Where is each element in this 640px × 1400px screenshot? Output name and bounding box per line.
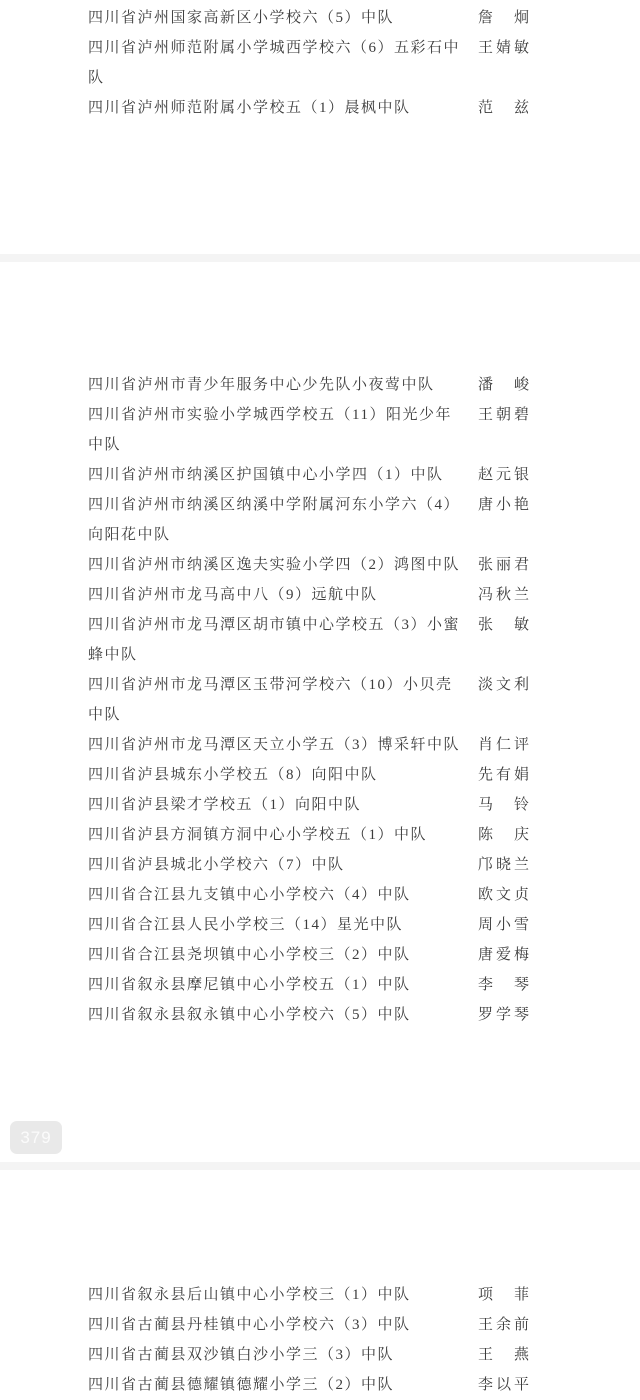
unit-name-text: 四川省泸县城北小学校六（7）中队 xyxy=(88,850,466,880)
unit-name-text: 四川省泸州师范附属小学校五（1）晨枫中队 xyxy=(88,93,466,123)
unit-name-text: 四川省泸州市龙马高中八（9）远航中队 xyxy=(88,580,466,610)
unit-name-text: 四川省叙永县叙永镇中心小学校六（5）中队 xyxy=(88,1000,466,1030)
award-list-row: 四川省泸州市龙马高中八（9）远航中队冯秋兰 xyxy=(0,580,640,610)
counselor-name-text: 詹 炯 xyxy=(478,3,536,33)
award-list-row: 四川省叙永县后山镇中心小学校三（1）中队项 菲 xyxy=(0,1280,640,1310)
unit-name-text: 四川省古蔺县德耀镇德耀小学三（2）中队 xyxy=(88,1370,466,1400)
document-page-middle: 四川省泸州市青少年服务中心少先队小夜莺中队潘 峻四川省泸州市实验小学城西学校五（… xyxy=(0,262,640,1162)
award-list-row: 四川省合江县九支镇中心小学校六（4）中队欧文贞 xyxy=(0,880,640,910)
counselor-name-text: 赵元银 xyxy=(478,460,536,490)
counselor-name-text: 王朝碧 xyxy=(478,400,536,430)
unit-name-text: 四川省泸州市龙马潭区玉带河学校六（10）小贝壳中队 xyxy=(88,670,466,730)
unit-name-text: 四川省泸州国家高新区小学校六（5）中队 xyxy=(88,3,466,33)
counselor-name-text: 张丽君 xyxy=(478,550,536,580)
unit-name-text: 四川省泸县城东小学校五（8）向阳中队 xyxy=(88,760,466,790)
counselor-name-text: 张 敏 xyxy=(478,610,536,640)
unit-name-text: 四川省泸州市青少年服务中心少先队小夜莺中队 xyxy=(88,370,466,400)
award-list-row: 四川省泸州师范附属小学校五（1）晨枫中队范 兹 xyxy=(0,93,640,123)
award-list-row: 四川省合江县人民小学校三（14）星光中队周小雪 xyxy=(0,910,640,940)
unit-name-text: 四川省泸县方洞镇方洞中心小学校五（1）中队 xyxy=(88,820,466,850)
unit-name-text: 四川省叙永县摩尼镇中心小学校五（1）中队 xyxy=(88,970,466,1000)
counselor-name-text: 欧文贞 xyxy=(478,880,536,910)
award-list-top: 四川省泸州国家高新区小学校六（5）中队詹 炯四川省泸州师范附属小学城西学校六（6… xyxy=(0,3,640,123)
unit-name-text: 四川省合江县九支镇中心小学校六（4）中队 xyxy=(88,880,466,910)
unit-name-text: 四川省泸州市纳溪区纳溪中学附属河东小学六（4）向阳花中队 xyxy=(88,490,466,550)
award-list-row: 四川省古蔺县德耀镇德耀小学三（2）中队李以平 xyxy=(0,1370,640,1400)
counselor-name-text: 邝晓兰 xyxy=(478,850,536,880)
award-list-row: 四川省叙永县摩尼镇中心小学校五（1）中队李 琴 xyxy=(0,970,640,1000)
unit-name-text: 四川省合江县尧坝镇中心小学校三（2）中队 xyxy=(88,940,466,970)
award-list-row: 四川省泸县城北小学校六（7）中队邝晓兰 xyxy=(0,850,640,880)
counselor-name-text: 周小雪 xyxy=(478,910,536,940)
document-viewer: 四川省泸州国家高新区小学校六（5）中队詹 炯四川省泸州师范附属小学城西学校六（6… xyxy=(0,0,640,1400)
counselor-name-text: 冯秋兰 xyxy=(478,580,536,610)
unit-name-text: 四川省古蔺县丹桂镇中心小学校六（3）中队 xyxy=(88,1310,466,1340)
counselor-name-text: 李 琴 xyxy=(478,970,536,1000)
page-separator-top xyxy=(0,254,640,262)
award-list-row: 四川省泸州师范附属小学城西学校六（6）五彩石中队王婧敏 xyxy=(0,33,640,93)
counselor-name-text: 肖仁评 xyxy=(478,730,536,760)
unit-name-text: 四川省泸州市实验小学城西学校五（11）阳光少年中队 xyxy=(88,400,466,460)
award-list-row: 四川省泸州国家高新区小学校六（5）中队詹 炯 xyxy=(0,3,640,33)
unit-name-text: 四川省泸州市龙马潭区天立小学五（3）博采轩中队 xyxy=(88,730,466,760)
unit-name-text: 四川省古蔺县双沙镇白沙小学三（3）中队 xyxy=(88,1340,466,1370)
counselor-name-text: 陈 庆 xyxy=(478,820,536,850)
counselor-name-text: 唐小艳 xyxy=(478,490,536,520)
award-list-row: 四川省叙永县叙永镇中心小学校六（5）中队罗学琴 xyxy=(0,1000,640,1030)
page-separator-bottom xyxy=(0,1162,640,1170)
counselor-name-text: 范 兹 xyxy=(478,93,536,123)
unit-name-text: 四川省泸州师范附属小学城西学校六（6）五彩石中队 xyxy=(88,33,466,93)
award-list-middle: 四川省泸州市青少年服务中心少先队小夜莺中队潘 峻四川省泸州市实验小学城西学校五（… xyxy=(0,370,640,1030)
award-list-row: 四川省泸州市青少年服务中心少先队小夜莺中队潘 峻 xyxy=(0,370,640,400)
document-page-top: 四川省泸州国家高新区小学校六（5）中队詹 炯四川省泸州师范附属小学城西学校六（6… xyxy=(0,0,640,254)
award-list-row: 四川省泸县城东小学校五（8）向阳中队先有娟 xyxy=(0,760,640,790)
unit-name-text: 四川省泸州市龙马潭区胡市镇中心学校五（3）小蜜蜂中队 xyxy=(88,610,466,670)
counselor-name-text: 王婧敏 xyxy=(478,33,536,63)
award-list-row: 四川省泸州市纳溪区纳溪中学附属河东小学六（4）向阳花中队唐小艳 xyxy=(0,490,640,550)
counselor-name-text: 淡文利 xyxy=(478,670,536,700)
award-list-row: 四川省泸县方洞镇方洞中心小学校五（1）中队陈 庆 xyxy=(0,820,640,850)
award-list-row: 四川省古蔺县双沙镇白沙小学三（3）中队王 燕 xyxy=(0,1340,640,1370)
unit-name-text: 四川省叙永县后山镇中心小学校三（1）中队 xyxy=(88,1280,466,1310)
counselor-name-text: 项 菲 xyxy=(478,1280,536,1310)
counselor-name-text: 罗学琴 xyxy=(478,1000,536,1030)
award-list-row: 四川省泸州市实验小学城西学校五（11）阳光少年中队王朝碧 xyxy=(0,400,640,460)
counselor-name-text: 先有娟 xyxy=(478,760,536,790)
award-list-row: 四川省泸州市纳溪区护国镇中心小学四（1）中队赵元银 xyxy=(0,460,640,490)
award-list-row: 四川省泸州市纳溪区逸夫实验小学四（2）鸿图中队张丽君 xyxy=(0,550,640,580)
unit-name-text: 四川省泸州市纳溪区逸夫实验小学四（2）鸿图中队 xyxy=(88,550,466,580)
counselor-name-text: 潘 峻 xyxy=(478,370,536,400)
counselor-name-text: 唐爱梅 xyxy=(478,940,536,970)
award-list-row: 四川省泸州市龙马潭区胡市镇中心学校五（3）小蜜蜂中队张 敏 xyxy=(0,610,640,670)
award-list-row: 四川省泸州市龙马潭区玉带河学校六（10）小贝壳中队淡文利 xyxy=(0,670,640,730)
unit-name-text: 四川省泸县梁才学校五（1）向阳中队 xyxy=(88,790,466,820)
counselor-name-text: 王余前 xyxy=(478,1310,536,1340)
unit-name-text: 四川省泸州市纳溪区护国镇中心小学四（1）中队 xyxy=(88,460,466,490)
counselor-name-text: 马 铃 xyxy=(478,790,536,820)
unit-name-text: 四川省合江县人民小学校三（14）星光中队 xyxy=(88,910,466,940)
award-list-row: 四川省泸县梁才学校五（1）向阳中队马 铃 xyxy=(0,790,640,820)
page-number-badge: 379 xyxy=(10,1121,62,1154)
award-list-bottom: 四川省叙永县后山镇中心小学校三（1）中队项 菲四川省古蔺县丹桂镇中心小学校六（3… xyxy=(0,1280,640,1400)
counselor-name-text: 李以平 xyxy=(478,1370,536,1400)
award-list-row: 四川省泸州市龙马潭区天立小学五（3）博采轩中队肖仁评 xyxy=(0,730,640,760)
award-list-row: 四川省合江县尧坝镇中心小学校三（2）中队唐爱梅 xyxy=(0,940,640,970)
counselor-name-text: 王 燕 xyxy=(478,1340,536,1370)
award-list-row: 四川省古蔺县丹桂镇中心小学校六（3）中队王余前 xyxy=(0,1310,640,1340)
document-page-bottom: 四川省叙永县后山镇中心小学校三（1）中队项 菲四川省古蔺县丹桂镇中心小学校六（3… xyxy=(0,1170,640,1400)
